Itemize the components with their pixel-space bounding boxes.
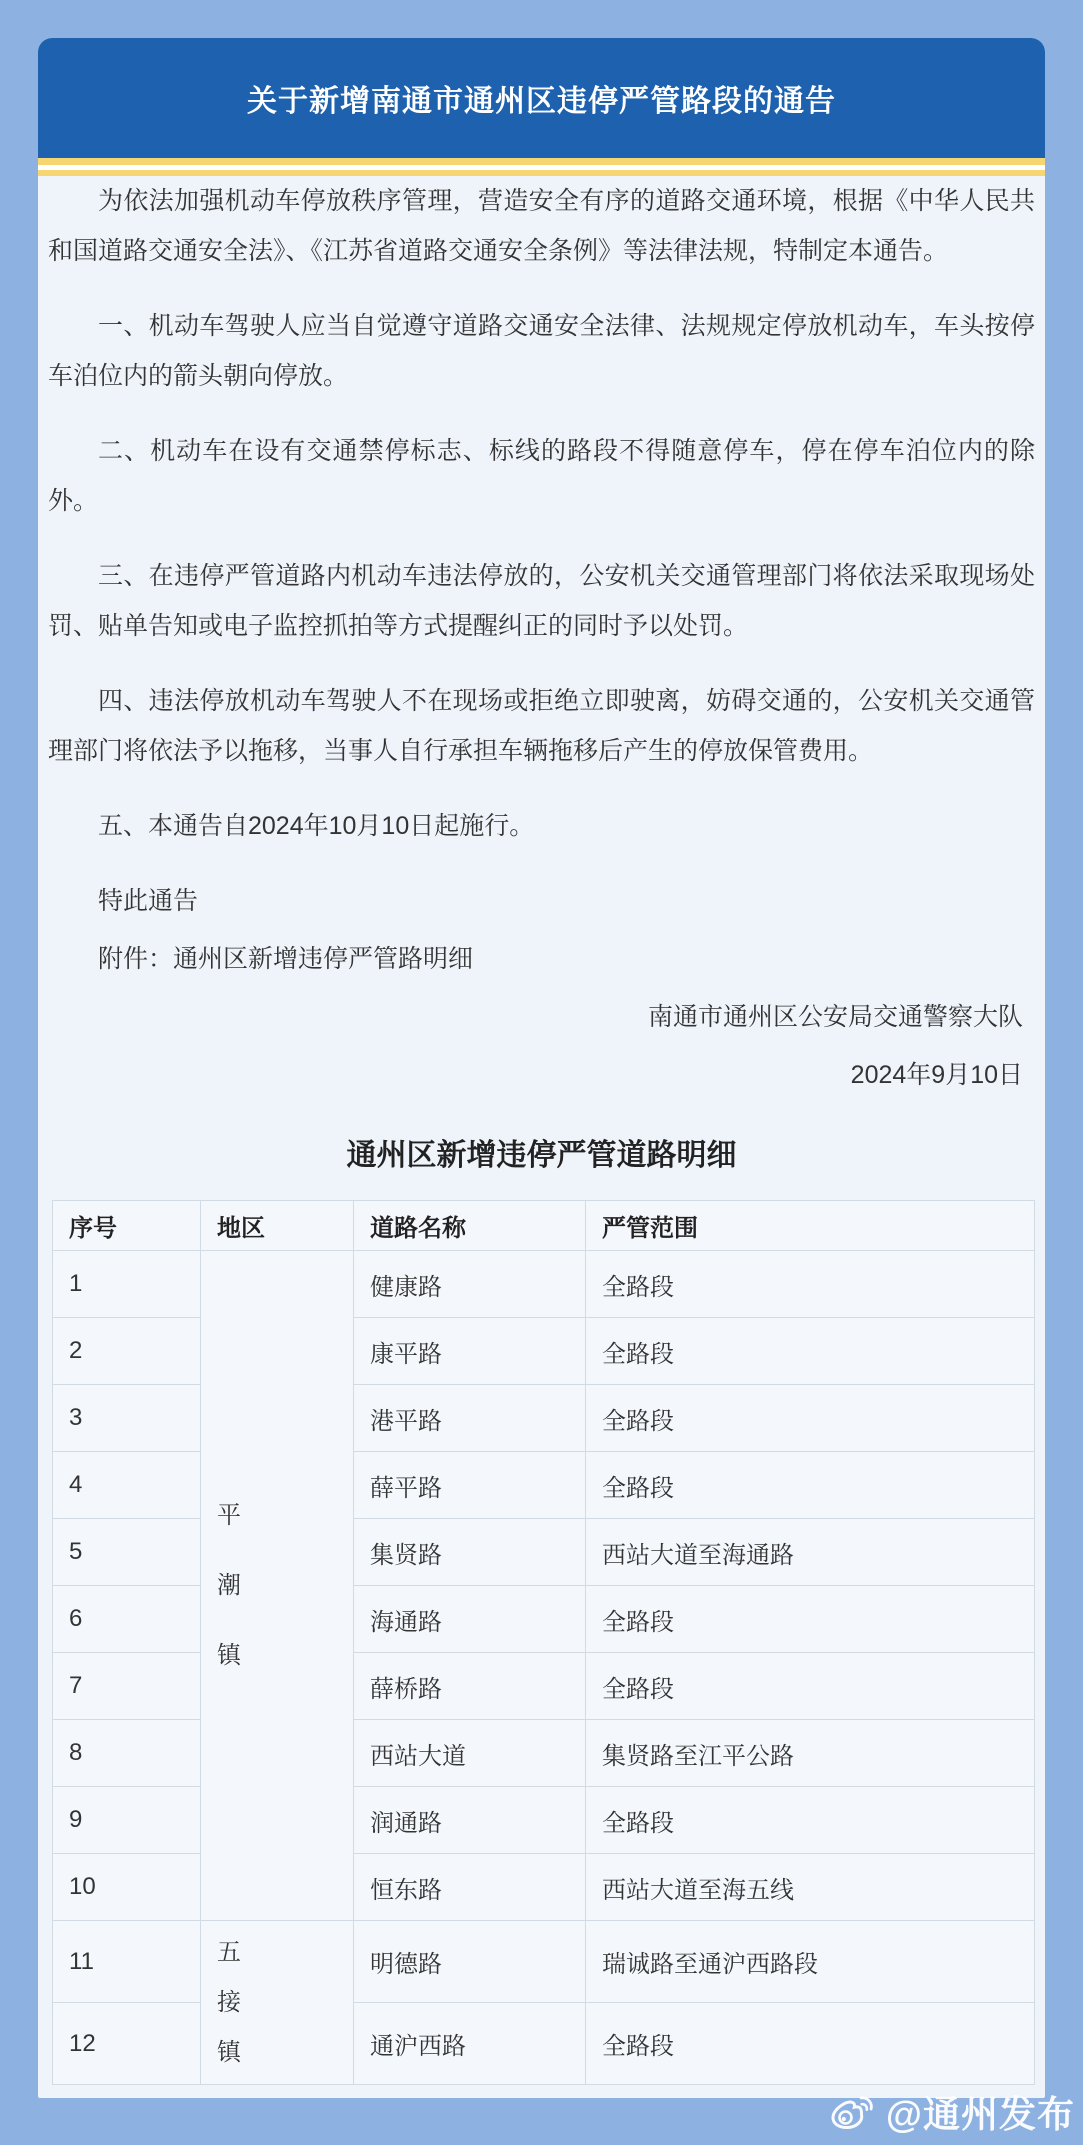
- notice-date: 2024年9月10日: [48, 1050, 1035, 1100]
- seq-cell: 3: [53, 1385, 201, 1452]
- road-cell: 薛平路: [354, 1452, 586, 1519]
- seq-cell: 1: [53, 1251, 201, 1318]
- seq-cell: 6: [53, 1586, 201, 1653]
- area-cell-pingchao: 平潮镇: [201, 1251, 354, 1921]
- road-cell: 康平路: [354, 1318, 586, 1385]
- table-row: 10 恒东路 西站大道至海五线: [53, 1854, 1035, 1921]
- seq-cell: 10: [53, 1854, 201, 1921]
- notice-header-banner: 关于新增南通市通州区违停严管路段的通告: [38, 38, 1045, 158]
- scope-cell: 全路段: [586, 1586, 1035, 1653]
- scope-cell: 全路段: [586, 1251, 1035, 1318]
- seq-cell: 11: [53, 1921, 201, 2003]
- area-cell-wujie: 五接镇: [201, 1921, 354, 2085]
- road-cell: 海通路: [354, 1586, 586, 1653]
- table-row: 3 港平路 全路段: [53, 1385, 1035, 1452]
- scope-cell: 全路段: [586, 1385, 1035, 1452]
- gold-divider-top: [38, 158, 1045, 165]
- table-row: 1 平潮镇 健康路 全路段: [53, 1251, 1035, 1318]
- scope-cell: 全路段: [586, 1653, 1035, 1720]
- seq-cell: 9: [53, 1787, 201, 1854]
- scope-cell: 西站大道至海通路: [586, 1519, 1035, 1586]
- road-cell: 润通路: [354, 1787, 586, 1854]
- scope-cell: 全路段: [586, 2003, 1035, 2085]
- weibo-icon: [828, 2087, 876, 2135]
- table-row: 12 通沪西路 全路段: [53, 2003, 1035, 2085]
- table-row: 2 康平路 全路段: [53, 1318, 1035, 1385]
- table-row: 5 集贤路 西站大道至海通路: [53, 1519, 1035, 1586]
- road-cell: 薛桥路: [354, 1653, 586, 1720]
- road-cell: 明德路: [354, 1921, 586, 2003]
- seq-cell: 4: [53, 1452, 201, 1519]
- col-header-scope: 严管范围: [586, 1201, 1035, 1251]
- notice-paragraph: 为依法加强机动车停放秩序管理，营造安全有序的道路交通环境，根据《中华人民共和国道…: [48, 176, 1035, 276]
- weibo-post-image: { "notice": { "title": "关于新增南通市通州区违停严管路段…: [0, 0, 1083, 2145]
- scope-cell: 全路段: [586, 1452, 1035, 1519]
- seq-cell: 12: [53, 2003, 201, 2085]
- notice-paragraph: 四、违法停放机动车驾驶人不在现场或拒绝立即驶离，妨碍交通的，公安机关交通管理部门…: [48, 676, 1035, 776]
- table-header-row: 序号 地区 道路名称 严管范围: [53, 1201, 1035, 1251]
- table-row: 4 薛平路 全路段: [53, 1452, 1035, 1519]
- table-row: 6 海通路 全路段: [53, 1586, 1035, 1653]
- notice-title: 关于新增南通市通州区违停严管路段的通告: [247, 76, 836, 120]
- scope-cell: 全路段: [586, 1787, 1035, 1854]
- notice-signature: 南通市通州区公安局交通警察大队: [48, 992, 1035, 1042]
- notice-paragraph: 五、本通告自2024年10月10日起施行。: [48, 801, 1035, 851]
- table-row: 11 五接镇 明德路 瑞诚路至通沪西路段: [53, 1921, 1035, 2003]
- notice-attachment-line: 附件：通州区新增违停严管路明细: [48, 934, 1035, 984]
- road-cell: 集贤路: [354, 1519, 586, 1586]
- road-cell: 港平路: [354, 1385, 586, 1452]
- roads-table: 序号 地区 道路名称 严管范围 1 平潮镇 健康路 全路段 2 康平路 全路段: [52, 1200, 1035, 2085]
- attachment-table-title: 通州区新增违停严管道路明细: [38, 1128, 1045, 1184]
- table-row: 8 西站大道 集贤路至江平公路: [53, 1720, 1035, 1787]
- table-row: 9 润通路 全路段: [53, 1787, 1035, 1854]
- seq-cell: 5: [53, 1519, 201, 1586]
- road-cell: 恒东路: [354, 1854, 586, 1921]
- area-label: 平潮镇: [217, 1481, 241, 1691]
- notice-paragraph: 三、在违停严管道路内机动车违法停放的，公安机关交通管理部门将依法采取现场处罚、贴…: [48, 551, 1035, 651]
- weibo-watermark: @通州发布: [828, 2085, 1075, 2137]
- road-cell: 健康路: [354, 1251, 586, 1318]
- table-row: 7 薛桥路 全路段: [53, 1653, 1035, 1720]
- notice-paragraph: 二、机动车在设有交通禁停标志、标线的路段不得随意停车，停在停车泊位内的除外。: [48, 426, 1035, 526]
- weibo-handle: @通州发布: [886, 2084, 1075, 2138]
- scope-cell: 集贤路至江平公路: [586, 1720, 1035, 1787]
- scope-cell: 全路段: [586, 1318, 1035, 1385]
- area-label: 五接镇: [217, 1928, 241, 2078]
- notice-paragraph: 一、机动车驾驶人应当自觉遵守道路交通安全法律、法规规定停放机动车，车头按停车泊位…: [48, 301, 1035, 401]
- seq-cell: 8: [53, 1720, 201, 1787]
- scope-cell: 瑞诚路至通沪西路段: [586, 1921, 1035, 2003]
- col-header-seq: 序号: [53, 1201, 201, 1251]
- col-header-area: 地区: [201, 1201, 354, 1251]
- seq-cell: 7: [53, 1653, 201, 1720]
- scope-cell: 西站大道至海五线: [586, 1854, 1035, 1921]
- notice-body: 为依法加强机动车停放秩序管理，营造安全有序的道路交通环境，根据《中华人民共和国道…: [38, 176, 1045, 1100]
- notice-closing: 特此通告: [48, 876, 1035, 926]
- road-cell: 通沪西路: [354, 2003, 586, 2085]
- seq-cell: 2: [53, 1318, 201, 1385]
- col-header-road: 道路名称: [354, 1201, 586, 1251]
- notice-card: 关于新增南通市通州区违停严管路段的通告 为依法加强机动车停放秩序管理，营造安全有…: [38, 38, 1045, 2098]
- road-cell: 西站大道: [354, 1720, 586, 1787]
